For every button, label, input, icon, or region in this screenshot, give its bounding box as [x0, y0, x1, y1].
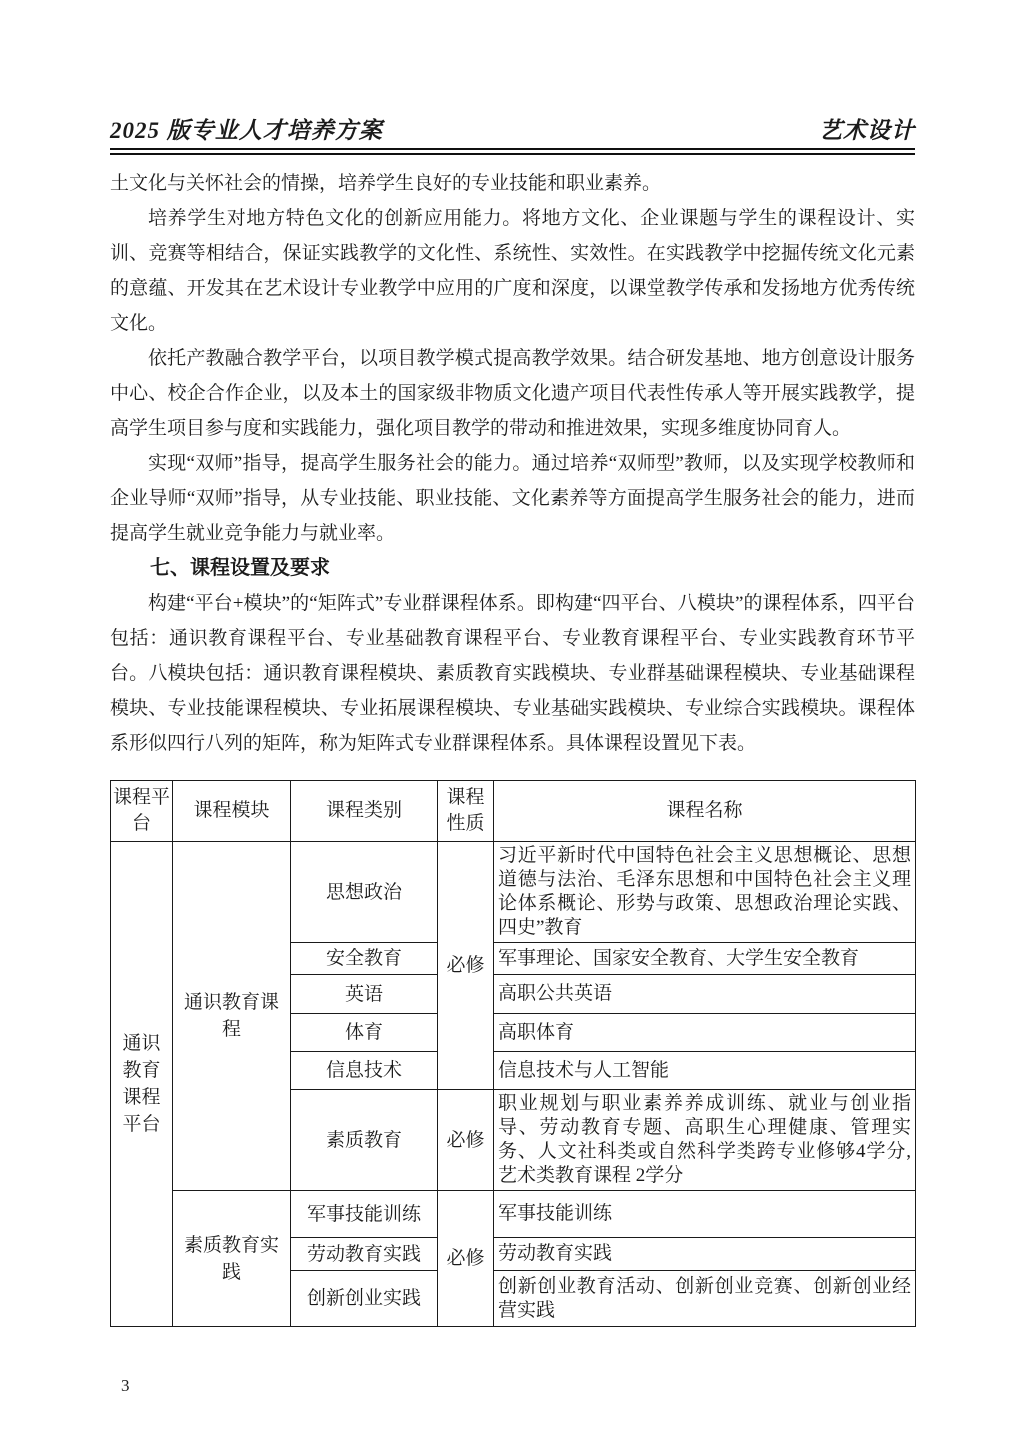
- col-header-course-name: 课程名称: [494, 781, 916, 842]
- cell-module: 素质教育实践: [173, 1191, 291, 1327]
- col-header-module: 课程模块: [173, 781, 291, 842]
- cell-courses: 劳动教育实践: [494, 1238, 916, 1271]
- table-header-row: 课程平台 课程模块 课程类别 课程性质 课程名称: [111, 781, 916, 842]
- col-header-platform: 课程平台: [111, 781, 173, 842]
- header-divider: [110, 148, 915, 155]
- paragraph: 实现“双师”指导，提高学生服务社会的能力。通过培养“双师型”教师，以及实现学校教…: [110, 446, 915, 551]
- cell-platform: 通识教育课程平台: [111, 842, 173, 1327]
- paragraph: 依托产教融合教学平台，以项目教学模式提高教学效果。结合研发基地、地方创意设计服务…: [110, 341, 915, 446]
- paragraph: 土文化与关怀社会的情操，培养学生良好的专业技能和职业素养。: [110, 166, 915, 201]
- cell-nature: 必修: [438, 1090, 494, 1191]
- table-row: 通识教育课程平台 通识教育课程 思想政治 必修 习近平新时代中国特色社会主义思想…: [111, 842, 916, 943]
- cell-category: 思想政治: [291, 842, 438, 943]
- table-row: 素质教育实践 军事技能训练 必修 军事技能训练: [111, 1191, 916, 1238]
- col-header-nature: 课程性质: [438, 781, 494, 842]
- document-page: 2025 版专业人才培养方案 艺术设计 土文化与关怀社会的情操，培养学生良好的专…: [0, 0, 1024, 1448]
- section-heading: 七、课程设置及要求: [110, 551, 915, 586]
- cell-courses: 军事技能训练: [494, 1191, 916, 1238]
- cell-category: 安全教育: [291, 943, 438, 975]
- cell-nature: 必修: [438, 1191, 494, 1327]
- cell-courses: 习近平新时代中国特色社会主义思想概论、思想道德与法治、毛泽东思想和中国特色社会主…: [494, 842, 916, 943]
- cell-category: 英语: [291, 975, 438, 1014]
- cell-category: 创新创业实践: [291, 1271, 438, 1327]
- document-body: 土文化与关怀社会的情操，培养学生良好的专业技能和职业素养。 培养学生对地方特色文…: [110, 166, 915, 1327]
- col-header-category: 课程类别: [291, 781, 438, 842]
- cell-courses: 职业规划与职业素养养成训练、就业与创业指导、劳动教育专题、高职生心理健康、管理实…: [494, 1090, 916, 1191]
- header-right-title: 艺术设计: [819, 117, 915, 145]
- cell-nature: 必修: [438, 842, 494, 1090]
- cell-courses: 高职体育: [494, 1014, 916, 1052]
- paragraph: 构建“平台+模块”的“矩阵式”专业群课程体系。即构建“四平台、八模块”的课程体系…: [110, 586, 915, 761]
- cell-category: 劳动教育实践: [291, 1238, 438, 1271]
- cell-courses: 高职公共英语: [494, 975, 916, 1014]
- cell-courses: 军事理论、国家安全教育、大学生安全教育: [494, 943, 916, 975]
- page-number: 3: [121, 1376, 130, 1396]
- cell-category: 体育: [291, 1014, 438, 1052]
- paragraph: 培养学生对地方特色文化的创新应用能力。将地方文化、企业课题与学生的课程设计、实训…: [110, 201, 915, 341]
- cell-module: 通识教育课程: [173, 842, 291, 1191]
- running-header: 2025 版专业人才培养方案 艺术设计: [110, 117, 915, 145]
- cell-courses: 信息技术与人工智能: [494, 1052, 916, 1090]
- cell-category: 素质教育: [291, 1090, 438, 1191]
- header-left-title: 2025 版专业人才培养方案: [110, 117, 383, 145]
- cell-category: 信息技术: [291, 1052, 438, 1090]
- cell-courses: 创新创业教育活动、创新创业竞赛、创新创业经营实践: [494, 1271, 916, 1327]
- cell-category: 军事技能训练: [291, 1191, 438, 1238]
- curriculum-table: 课程平台 课程模块 课程类别 课程性质 课程名称 通识教育课程平台 通识教育课程…: [110, 780, 916, 1327]
